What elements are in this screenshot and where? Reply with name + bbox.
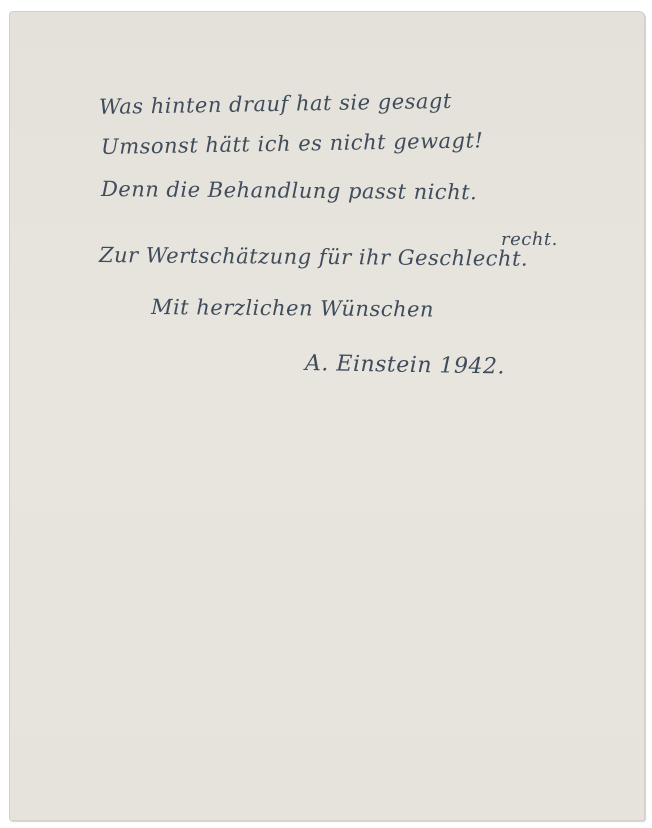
poem-line-1: Was hinten drauf hat sie gesagt xyxy=(99,89,452,119)
autograph-card: Was hinten drauf hat sie gesagt Umsonst … xyxy=(9,11,645,821)
signature: A. Einstein 1942. xyxy=(305,351,505,379)
greeting-line: Mit herzlichen Wünschen xyxy=(151,295,434,321)
poem-line-4: Zur Wertschätzung für ihr Geschlecht. xyxy=(99,243,528,271)
poem-line-2: Umsonst hätt ich es nicht gewagt! xyxy=(101,128,484,159)
poem-line-3: Denn die Behandlung passt nicht. xyxy=(101,177,477,204)
